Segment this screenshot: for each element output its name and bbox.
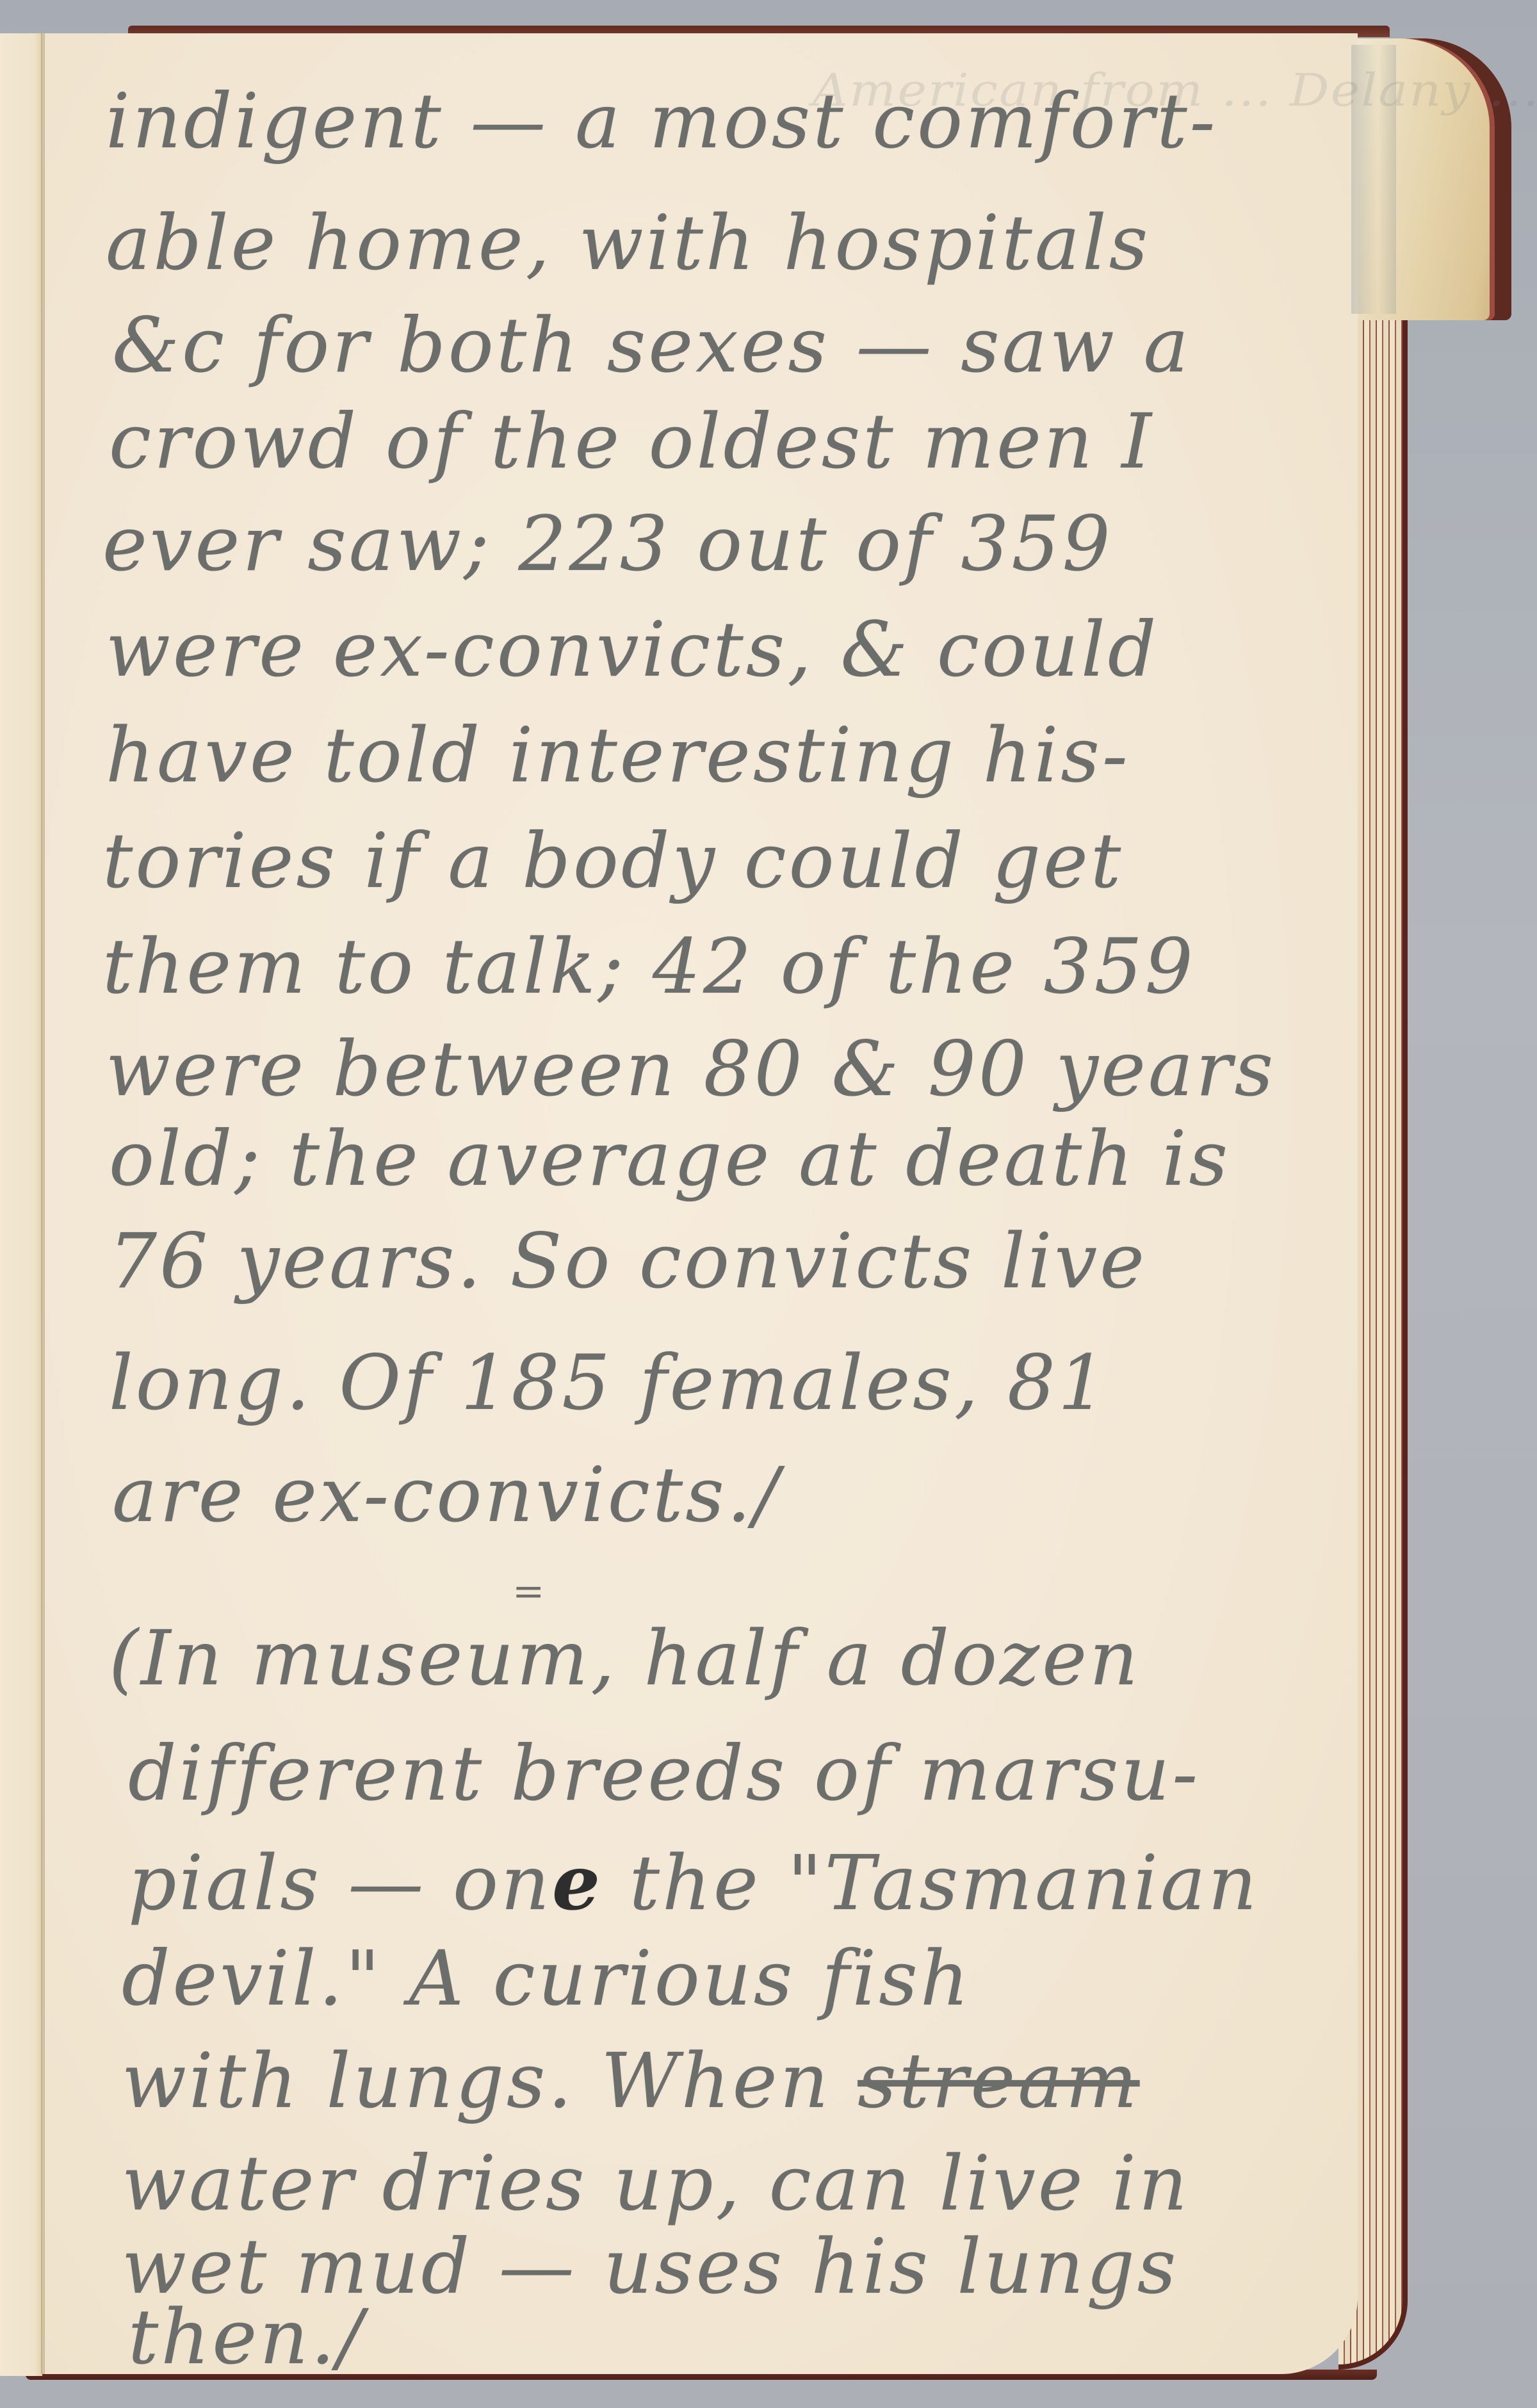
handwritten-line-14: are ex-convicts./: [112, 1451, 781, 1539]
handwritten-line-10: were between 80 & 90 years: [106, 1025, 1276, 1113]
handwritten-line-7: have told interesting his-: [106, 711, 1130, 799]
spine-gutter: [41, 33, 45, 2374]
handwritten-line-15: (In museum, half a dozen: [109, 1614, 1141, 1702]
handwritten-line-2: able home, with hospitals: [106, 199, 1150, 287]
line-17-part-1: pials — on: [128, 1839, 552, 1927]
handwritten-line-20: water dries up, can live in: [122, 2139, 1190, 2227]
section-break-mark: =: [512, 1569, 544, 1614]
struck-out-word: stream: [858, 2037, 1139, 2125]
handwritten-line-9: them to talk; 42 of the 359: [102, 922, 1196, 1011]
ink-correction-letter: e: [552, 1838, 603, 1927]
handwritten-line-5: ever saw; 223 out of 359: [102, 500, 1113, 588]
left-page-sliver: [0, 33, 42, 2376]
handwritten-line-17: pials — one the "Tasmanian: [128, 1838, 1259, 1927]
handwritten-line-3: &c for both sexes — saw a: [112, 301, 1191, 389]
handwritten-line-13: long. Of 185 females, 81: [109, 1338, 1109, 1427]
handwritten-line-8: tories if a body could get: [102, 817, 1123, 905]
handwritten-line-18: devil." A curious fish: [122, 1934, 972, 2022]
handwritten-line-22: then./: [128, 2293, 366, 2381]
line-17-part-2: the "Tasmanian: [603, 1839, 1259, 1927]
handwritten-line-1: indigent — a most comfort-: [106, 77, 1218, 165]
handwritten-line-4: crowd of the oldest men I: [109, 397, 1154, 485]
handwritten-line-6: were ex-convicts, & could: [106, 605, 1159, 694]
handwritten-line-11: old; the average at death is: [109, 1114, 1230, 1203]
handwritten-line-16: different breeds of marsu-: [128, 1729, 1200, 1818]
line-19-text: with lungs. When: [122, 2037, 858, 2125]
handwritten-line-12: 76 years. So convicts live: [109, 1217, 1147, 1305]
handwritten-line-19: with lungs. When stream: [122, 2037, 1140, 2125]
